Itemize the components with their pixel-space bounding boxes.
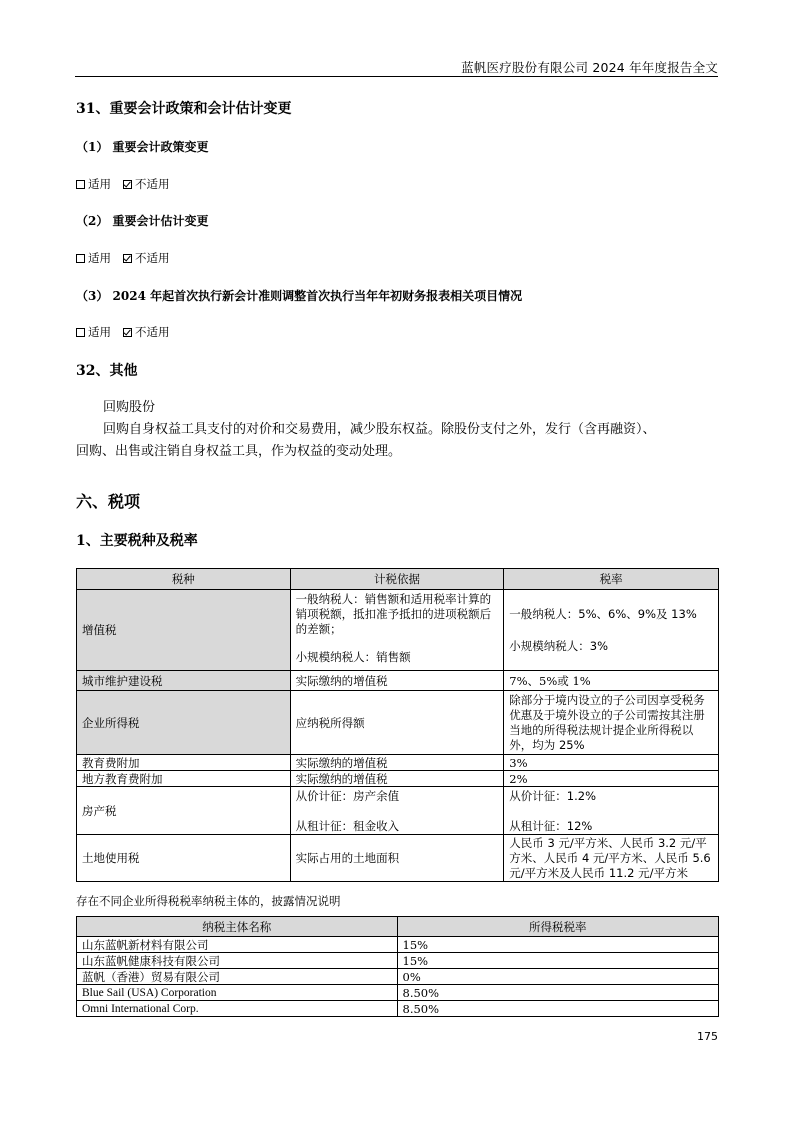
checkbox-applicable-icon bbox=[76, 254, 85, 263]
tax-basis-cell: 从价计征：房产余值 从租计征：租金收入 bbox=[290, 787, 504, 835]
tax-rate-cell: 2% bbox=[504, 771, 719, 787]
entity-rate-cell: 0% bbox=[397, 969, 718, 985]
table-header-row: 税种 计税依据 税率 bbox=[77, 569, 719, 590]
entity-rate-cell: 15% bbox=[397, 937, 718, 953]
subsection-31-1-title: （1） 重要会计政策变更 bbox=[76, 138, 209, 155]
tax-name-cell: 房产税 bbox=[77, 787, 291, 835]
applicability-options-31-2: 适用 不适用 bbox=[76, 250, 170, 266]
main-tax-table: 税种 计税依据 税率 增值税 一般纳税人：销售额和适用税率计算的销项税额，抵扣准… bbox=[76, 568, 719, 882]
table-row: 蓝帆（香港）贸易有限公司 0% bbox=[77, 969, 719, 985]
tax-rate-cell: 一般纳税人：5%、6%、9%及 13% 小规模纳税人：3% bbox=[504, 590, 719, 671]
basis-small-taxpayer: 小规模纳税人：销售额 bbox=[296, 650, 499, 664]
table-row: 教育费附加 实际缴纳的增值税 3% bbox=[77, 755, 719, 771]
option-applicable-label: 适用 bbox=[88, 324, 111, 340]
checkbox-checked-icon bbox=[123, 254, 132, 263]
entity-name-cell: 山东蓝帆健康科技有限公司 bbox=[77, 953, 398, 969]
column-header-tax: 税种 bbox=[77, 569, 291, 590]
tax-name-cell: 地方教育费附加 bbox=[77, 771, 291, 787]
header-divider bbox=[75, 76, 718, 77]
option-applicable-label: 适用 bbox=[88, 250, 111, 266]
tax-basis-cell: 一般纳税人：销售额和适用税率计算的销项税额，抵扣准予抵扣的进项税额后的差额； 小… bbox=[290, 590, 504, 671]
applicability-options-31-3: 适用 不适用 bbox=[76, 324, 170, 340]
tax-basis-cell: 实际缴纳的增值税 bbox=[290, 771, 504, 787]
repurchase-text-line2: 回购、出售或注销自身权益工具，作为权益的变动处理。 bbox=[76, 441, 718, 463]
option-not-applicable-label: 不适用 bbox=[135, 176, 170, 192]
table-row: 土地使用税 实际占用的土地面积 人民币 3 元/平方米、人民币 3.2 元/平方… bbox=[77, 835, 719, 882]
repurchase-subtitle: 回购股份 bbox=[76, 397, 718, 419]
entity-name-cell: 山东蓝帆新材料有限公司 bbox=[77, 937, 398, 953]
basis-by-value: 从价计征：房产余值 bbox=[296, 789, 499, 803]
table-row: 山东蓝帆新材料有限公司 15% bbox=[77, 937, 719, 953]
table-row: 企业所得税 应纳税所得额 除部分于境内设立的子公司因享受税务优惠及于境外设立的子… bbox=[77, 691, 719, 755]
table-row: 房产税 从价计征：房产余值 从租计征：租金收入 从价计征：1.2% 从租计征：1… bbox=[77, 787, 719, 835]
table-row: Blue Sail (USA) Corporation 8.50% bbox=[77, 985, 719, 1001]
table-row: Omni International Corp. 8.50% bbox=[77, 1001, 719, 1017]
checkbox-applicable-icon bbox=[76, 180, 85, 189]
section-6-title: 六、税项 bbox=[76, 489, 140, 512]
rate-small-taxpayer: 小规模纳税人：3% bbox=[509, 639, 713, 653]
column-header-entity: 纳税主体名称 bbox=[77, 917, 398, 937]
repurchase-text-line1: 回购自身权益工具支付的对价和交易费用，减少股东权益。除股份支付之外，发行（含再融… bbox=[76, 419, 718, 441]
table-row: 地方教育费附加 实际缴纳的增值税 2% bbox=[77, 771, 719, 787]
entity-rate-cell: 8.50% bbox=[397, 985, 718, 1001]
entity-rate-cell: 8.50% bbox=[397, 1001, 718, 1017]
tax-basis-cell: 实际缴纳的增值税 bbox=[290, 755, 504, 771]
entity-name-cell: 蓝帆（香港）贸易有限公司 bbox=[77, 969, 398, 985]
tax-rate-cell: 人民币 3 元/平方米、人民币 3.2 元/平方米、人民币 4 元/平方米、人民… bbox=[504, 835, 719, 882]
basis-by-rent: 从租计征：租金收入 bbox=[296, 819, 499, 833]
column-header-basis: 计税依据 bbox=[290, 569, 504, 590]
tax-rate-cell: 从价计征：1.2% 从租计征：12% bbox=[504, 787, 719, 835]
applicability-options-31-1: 适用 不适用 bbox=[76, 176, 170, 192]
page-number: 175 bbox=[697, 1030, 718, 1043]
tax-name-cell: 企业所得税 bbox=[77, 691, 291, 755]
rate-general-taxpayer: 一般纳税人：5%、6%、9%及 13% bbox=[509, 607, 713, 621]
checkbox-applicable-icon bbox=[76, 328, 85, 337]
tax-name-cell: 城市维护建设税 bbox=[77, 671, 291, 691]
entity-name-cell: Omni International Corp. bbox=[77, 1001, 398, 1017]
subsection-31-2-title: （2） 重要会计估计变更 bbox=[76, 212, 209, 229]
option-not-applicable-label: 不适用 bbox=[135, 324, 170, 340]
tax-rate-cell: 除部分于境内设立的子公司因享受税务优惠及于境外设立的子公司需按其注册当地的所得税… bbox=[504, 691, 719, 755]
subsection-31-3-title: （3） 2024 年起首次执行新会计准则调整首次执行当年年初财务报表相关项目情况 bbox=[76, 287, 522, 304]
section-32-body: 回购股份 回购自身权益工具支付的对价和交易费用，减少股东权益。除股份支付之外，发… bbox=[76, 397, 718, 463]
tax-basis-cell: 应纳税所得额 bbox=[290, 691, 504, 755]
table-row: 山东蓝帆健康科技有限公司 15% bbox=[77, 953, 719, 969]
checkbox-checked-icon bbox=[123, 180, 132, 189]
entity-tax-rate-table: 纳税主体名称 所得税税率 山东蓝帆新材料有限公司 15% 山东蓝帆健康科技有限公… bbox=[76, 916, 719, 1017]
tax-name-cell: 教育费附加 bbox=[77, 755, 291, 771]
section-32-title: 32、其他 bbox=[76, 360, 137, 380]
tax-name-cell: 土地使用税 bbox=[77, 835, 291, 882]
option-applicable-label: 适用 bbox=[88, 176, 111, 192]
different-rate-entities-note: 存在不同企业所得税税率纳税主体的，披露情况说明 bbox=[76, 893, 341, 909]
table-row: 增值税 一般纳税人：销售额和适用税率计算的销项税额，抵扣准予抵扣的进项税额后的差… bbox=[77, 590, 719, 671]
entity-name-cell: Blue Sail (USA) Corporation bbox=[77, 985, 398, 1001]
checkbox-checked-icon bbox=[123, 328, 132, 337]
table-header-row: 纳税主体名称 所得税税率 bbox=[77, 917, 719, 937]
rate-by-rent: 从租计征：12% bbox=[509, 819, 713, 833]
tax-rate-cell: 7%、5%或 1% bbox=[504, 671, 719, 691]
tax-rate-cell: 3% bbox=[504, 755, 719, 771]
basis-general-taxpayer: 一般纳税人：销售额和适用税率计算的销项税额，抵扣准予抵扣的进项税额后的差额； bbox=[296, 592, 499, 637]
section-6-1-title: 1、主要税种及税率 bbox=[76, 530, 198, 550]
tax-basis-cell: 实际缴纳的增值税 bbox=[290, 671, 504, 691]
column-header-income-tax-rate: 所得税税率 bbox=[397, 917, 718, 937]
report-header-title: 蓝帆医疗股份有限公司 2024 年年度报告全文 bbox=[461, 58, 718, 76]
rate-by-value: 从价计征：1.2% bbox=[509, 789, 713, 803]
tax-name-cell: 增值税 bbox=[77, 590, 291, 671]
column-header-rate: 税率 bbox=[504, 569, 719, 590]
table-row: 城市维护建设税 实际缴纳的增值税 7%、5%或 1% bbox=[77, 671, 719, 691]
entity-rate-cell: 15% bbox=[397, 953, 718, 969]
option-not-applicable-label: 不适用 bbox=[135, 250, 170, 266]
tax-basis-cell: 实际占用的土地面积 bbox=[290, 835, 504, 882]
section-31-title: 31、重要会计政策和会计估计变更 bbox=[76, 98, 291, 118]
